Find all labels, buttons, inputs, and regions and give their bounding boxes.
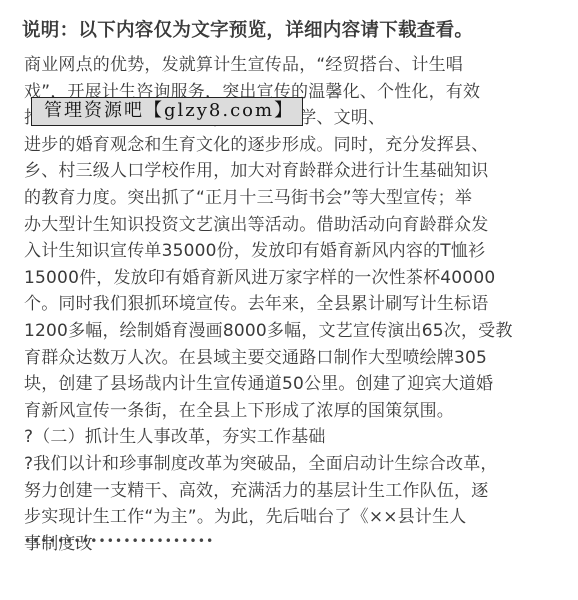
text-line: 入计生知识宣传单35000份，发放印有婚育新风内容的T恤衫 bbox=[24, 238, 559, 265]
text-line: 个。同时我们狠抓环境宣传。去年来，全县累计刷写计生标语 bbox=[24, 291, 559, 318]
text-line: 15000件，发放印有婚育新风进万家字样的一次性茶杯40000 bbox=[24, 265, 559, 292]
text-line: 办大型计生知识投资文艺演出等活动。借助活动向育龄群众发 bbox=[24, 212, 559, 239]
watermark-banner: 管理资源吧【glzy8.com】 bbox=[31, 97, 303, 126]
text-line: 乡、村三级人口学校作用，加大对育龄群众进行计生基础知识 bbox=[24, 158, 559, 185]
text-line: ?我们以计和珍事制度改革为突破品，全面启动计生综合改革， bbox=[24, 451, 559, 478]
truncation-dots: ••••••••••••••••••••••• bbox=[24, 534, 214, 548]
text-line: 商业网点的优势，发就算计生宣传品，“经贸搭台、计生唱 bbox=[24, 52, 559, 79]
text-line: 努力创建一支精干、高效，充满活力的基层计生工作队伍，逐 bbox=[24, 478, 559, 505]
text-line: 步实现计生工作“为主”。为此，先后咄台了《××县计生人 bbox=[24, 504, 559, 531]
text-line: 1200多幅，绘制婚育漫画8000多幅，文艺宣传演出65次，受教 bbox=[24, 318, 559, 345]
text-line: 进步的婚育观念和生育文化的逐步形成。同时，充分发挥县、 bbox=[24, 132, 559, 159]
section-heading: ?（二）抓计生人事改革，夯实工作基础 bbox=[24, 424, 559, 451]
document-body: 商业网点的优势，发就算计生宣传品，“经贸搭台、计生唱 戏”，开展计生咨询服务，突… bbox=[24, 52, 559, 557]
text-line: 育新风宣传一条街，在全县上下形成了浓厚的国策氛围。 bbox=[24, 398, 559, 425]
text-line: 块，创建了县场哉内计生宣传通道50公里。创建了迎宾大道婚 bbox=[24, 371, 559, 398]
preview-notice: 说明：以下内容仅为文字预览，详细内容请下载查看。 bbox=[22, 16, 473, 42]
text-line: 育群众达数万人次。在县域主要交通路口制作大型喷绘牌305 bbox=[24, 345, 559, 372]
text-line: 的教育力度。突出抓了“正月十三马街书会”等大型宣传；举 bbox=[24, 185, 559, 212]
